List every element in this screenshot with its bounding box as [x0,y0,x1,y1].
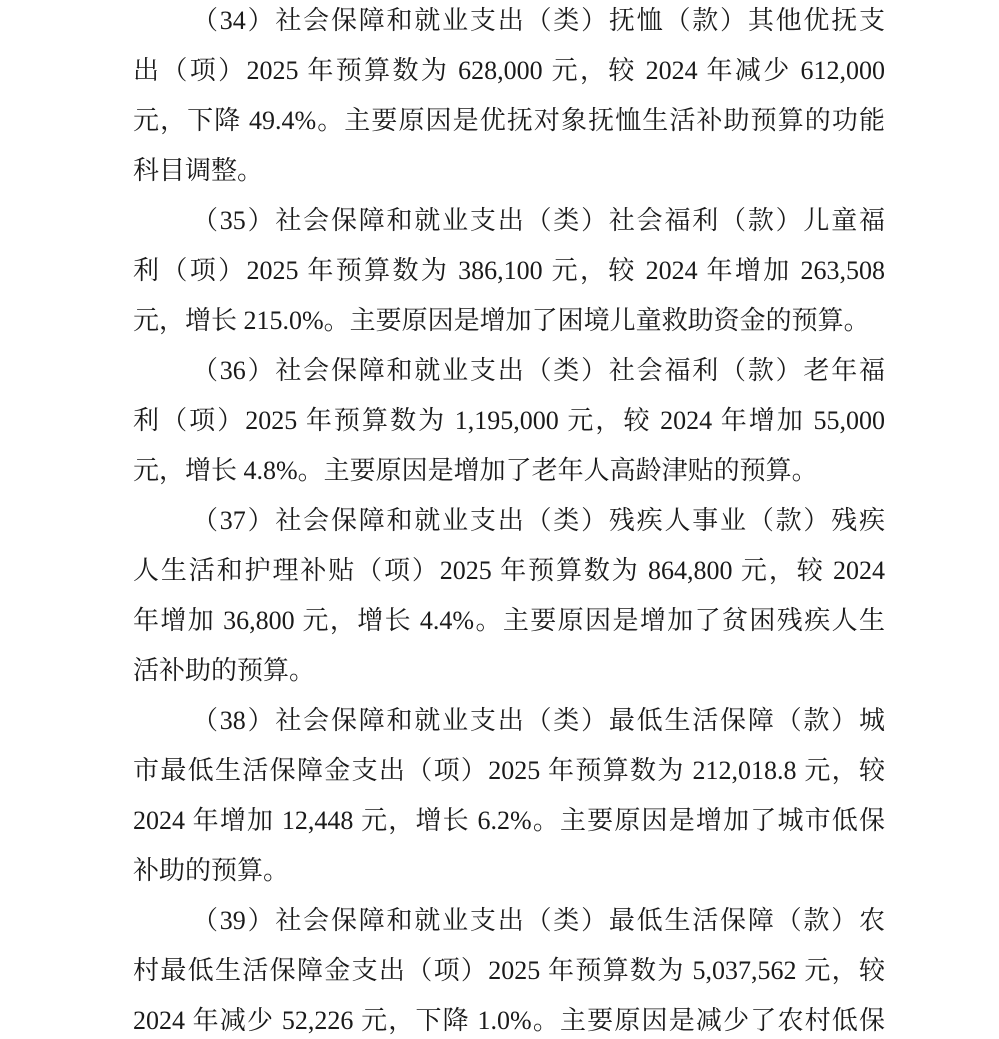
text-line: 年增加 36,800 元，增长 4.4%。主要原因是增加了贫困残疾人生 [133,596,885,646]
text-line: （37）社会保障和就业支出（类）残疾人事业（款）残疾 [133,496,885,546]
text-line: 市最低生活保障金支出（项）2025 年预算数为 212,018.8 元，较 [133,746,885,796]
text-line: 补助的预算。 [133,846,885,896]
text-line: 元，增长 215.0%。主要原因是增加了困境儿童救助资金的预算。 [133,296,885,346]
text-line: 2024 年增加 12,448 元，增长 6.2%。主要原因是增加了城市低保 [133,796,885,846]
text-line: （35）社会保障和就业支出（类）社会福利（款）儿童福 [133,196,885,246]
text-line: 利（项）2025 年预算数为 386,100 元，较 2024 年增加 263,… [133,246,885,296]
text-line: 元，下降 49.4%。主要原因是优抚对象抚恤生活补助预算的功能 [133,96,885,146]
text-line: 2024 年减少 52,226 元，下降 1.0%。主要原因是减少了农村低保 [133,996,885,1039]
text-line: 科目调整。 [133,146,885,196]
text-line: 出（项）2025 年预算数为 628,000 元，较 2024 年减少 612,… [133,46,885,96]
text-line: 元，增长 4.8%。主要原因是增加了老年人高龄津贴的预算。 [133,446,885,496]
text-line: 人生活和护理补贴（项）2025 年预算数为 864,800 元，较 2024 [133,546,885,596]
text-line: （36）社会保障和就业支出（类）社会福利（款）老年福 [133,346,885,396]
budget-paragraph-37: （37）社会保障和就业支出（类）残疾人事业（款）残疾 人生活和护理补贴（项）20… [133,496,885,696]
document-page: （34）社会保障和就业支出（类）抚恤（款）其他优抚支 出（项）2025 年预算数… [0,0,999,1039]
text-line: （39）社会保障和就业支出（类）最低生活保障（款）农 [133,896,885,946]
budget-paragraph-36: （36）社会保障和就业支出（类）社会福利（款）老年福 利（项）2025 年预算数… [133,346,885,496]
budget-paragraph-35: （35）社会保障和就业支出（类）社会福利（款）儿童福 利（项）2025 年预算数… [133,196,885,346]
text-line: 利（项）2025 年预算数为 1,195,000 元，较 2024 年增加 55… [133,396,885,446]
budget-paragraph-38: （38）社会保障和就业支出（类）最低生活保障（款）城 市最低生活保障金支出（项）… [133,696,885,896]
text-line: （34）社会保障和就业支出（类）抚恤（款）其他优抚支 [133,0,885,46]
budget-paragraph-34: （34）社会保障和就业支出（类）抚恤（款）其他优抚支 出（项）2025 年预算数… [133,0,885,196]
text-line: 村最低生活保障金支出（项）2025 年预算数为 5,037,562 元，较 [133,946,885,996]
text-line: （38）社会保障和就业支出（类）最低生活保障（款）城 [133,696,885,746]
budget-paragraph-39: （39）社会保障和就业支出（类）最低生活保障（款）农 村最低生活保障金支出（项）… [133,896,885,1039]
text-line: 活补助的预算。 [133,646,885,696]
